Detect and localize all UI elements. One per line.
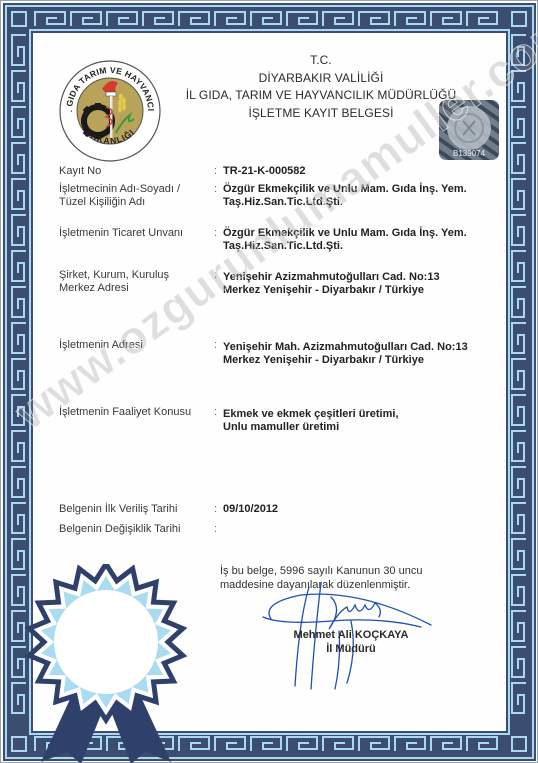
- signatory-title: İl Müdürü: [271, 642, 431, 656]
- field-value: Ekmek ve ekmek çeşitleri üretimi,Unlu ma…: [223, 408, 523, 434]
- signatory-name: Mehmet Ali KOÇKAYA: [271, 628, 431, 642]
- document-title: İŞLETME KAYIT BELGESİ: [171, 105, 471, 123]
- field-value: TR-21-K-000582: [223, 165, 523, 178]
- header-directorate: İL GIDA, TARIM VE HAYVANCILIK MÜDÜRLÜĞÜ: [171, 87, 471, 105]
- field-label: Belgenin İlk Veriliş Tarihi: [59, 503, 209, 516]
- field-label: İşletmenin Ticaret Unvanı: [59, 227, 209, 240]
- hologram-seal: B139074: [438, 99, 500, 161]
- field-label: Şirket, Kurum, KuruluşMerkez Adresi: [59, 269, 209, 295]
- field-separator: :: [214, 503, 217, 516]
- document-header: T.C. DİYARBAKIR VALİLİĞİ İL GIDA, TARIM …: [171, 52, 471, 122]
- field-separator: :: [214, 165, 217, 178]
- field-separator: :: [214, 269, 217, 282]
- field-label: İşletmenin Adresi: [59, 339, 209, 352]
- field-separator: :: [214, 183, 217, 196]
- field-separator: :: [214, 339, 217, 352]
- field-value: Özgür Ekmekçilik ve Unlu Mam. Gıda İnş. …: [223, 227, 523, 253]
- field-value: Yenişehir Azizmahmutoğulları Cad. No:13M…: [223, 271, 523, 297]
- field-value: Yenişehir Mah. Azizmahmutoğulları Cad. N…: [223, 341, 523, 367]
- field-separator: :: [214, 406, 217, 419]
- field-label: Belgenin Değişiklik Tarihi: [59, 523, 209, 536]
- field-separator: :: [214, 523, 217, 536]
- ministry-logo: T.C. GIDA TARIM VE HAYVANCILIK BAKANLIĞI: [58, 59, 162, 163]
- rosette-seal: [19, 564, 194, 763]
- field-separator: :: [214, 227, 217, 240]
- field-value: Özgür Ekmekçilik ve Unlu Mam. Gıda İnş. …: [223, 183, 523, 209]
- field-value: 09/10/2012: [223, 503, 523, 516]
- header-governorship: DİYARBAKIR VALİLİĞİ: [171, 70, 471, 88]
- legal-statement: İş bu belge, 5996 sayılı Kanunun 30 uncu…: [220, 565, 422, 592]
- field-label: Kayıt No: [59, 165, 209, 178]
- signatory-block: Mehmet Ali KOÇKAYA İl Müdürü: [271, 628, 431, 656]
- field-label: İşletmecinin Adı-Soyadı /Tüzel Kişiliğin…: [59, 183, 209, 209]
- svg-text:B139074: B139074: [453, 149, 486, 158]
- field-label: İşletmenin Faaliyet Konusu: [59, 406, 209, 419]
- certificate-page: T.C. GIDA TARIM VE HAYVANCILIK BAKANLIĞI…: [0, 0, 538, 763]
- header-country: T.C.: [171, 52, 471, 70]
